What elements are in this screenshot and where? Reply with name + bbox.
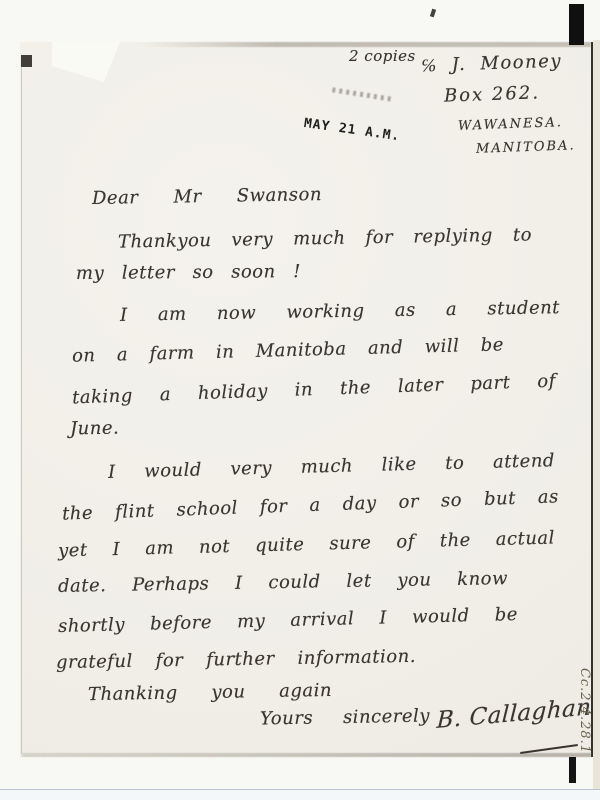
letter-line: June. bbox=[70, 418, 120, 440]
letter-closing-thanks: Thanking you again bbox=[88, 680, 332, 706]
scanned-letter-document: 2 copies ℅ J. Mooney Box 262. Wawanesa. … bbox=[0, 0, 600, 800]
photocopy-mark-top-left bbox=[21, 55, 32, 67]
letter-valediction: Yours sincerely bbox=[260, 706, 430, 731]
letter-line: my letter so soon ! bbox=[76, 261, 301, 285]
scan-right-margin bbox=[593, 40, 600, 790]
page-left-edge bbox=[21, 62, 22, 754]
copies-note: 2 copies bbox=[349, 47, 416, 65]
address-box: Box 262. bbox=[444, 82, 541, 107]
photocopy-mark-top-right bbox=[569, 4, 584, 45]
letter-salutation: Dear Mr Swanson bbox=[92, 184, 322, 210]
photocopy-mark-bottom-right bbox=[569, 757, 576, 783]
small-ink-mark bbox=[430, 9, 436, 18]
page-bottom-shadow bbox=[22, 753, 591, 757]
scan-bottom-margin bbox=[0, 789, 600, 800]
archive-code: Cc.2.4.28.1 bbox=[578, 661, 592, 761]
